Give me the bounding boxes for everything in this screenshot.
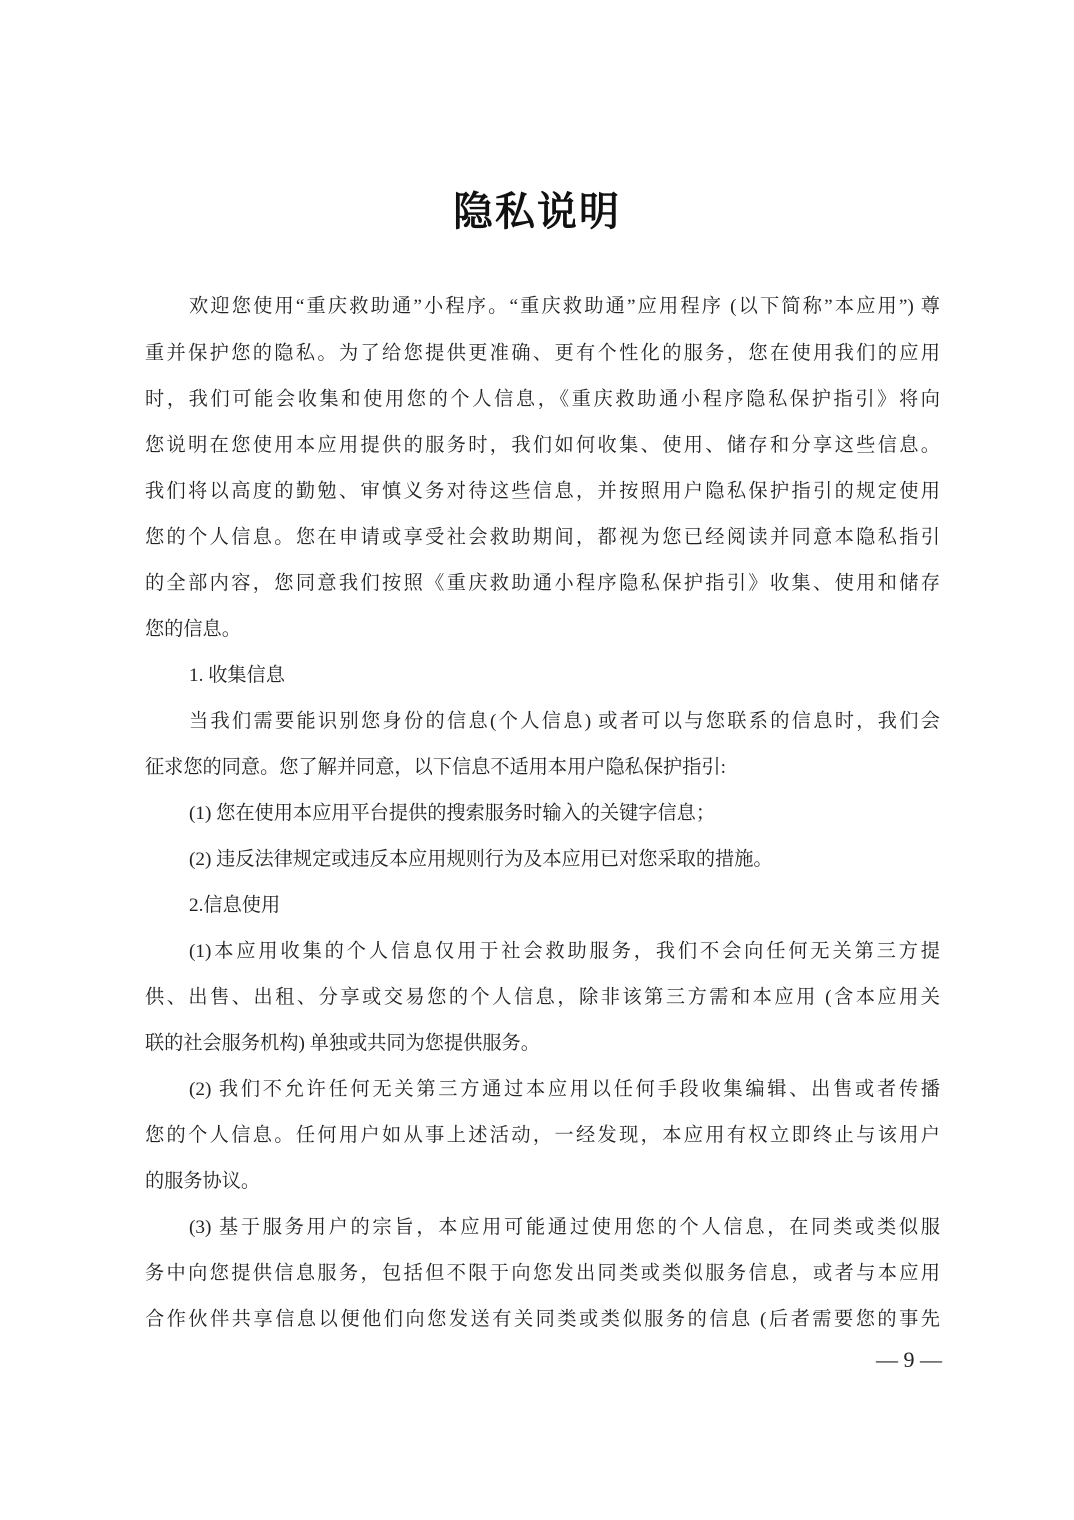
document-page: 隐私说明 欢迎您使用“重庆救助通”小程序。“重庆救助通”应用程序 (以下简称”本… bbox=[0, 0, 1074, 1520]
document-title: 隐私说明 bbox=[0, 184, 1074, 240]
paragraph-line: (1) 您在使用本应用平台提供的搜索服务时输入的关键字信息； bbox=[189, 794, 940, 834]
paragraph-line: 合作伙伴共享信息以便他们向您发送有关同类或类似服务的信息 (后者需要您的事先 bbox=[145, 1300, 940, 1340]
paragraph-line: (2) 违反法律规定或违反本应用规则行为及本应用已对您采取的措施。 bbox=[189, 840, 940, 880]
paragraph-line: 时，我们可能会收集和使用您的个人信息，《重庆救助通小程序隐私保护指引》将向 bbox=[145, 380, 940, 420]
paragraph-line: 的服务协议。 bbox=[145, 1162, 940, 1202]
page-number: — 9 — bbox=[860, 1340, 942, 1380]
paragraph-line: 务中向您提供信息服务，包括但不限于向您发出同类或类似服务信息，或者与本应用 bbox=[145, 1254, 940, 1294]
paragraph-line: 您说明在您使用本应用提供的服务时，我们如何收集、使用、储存和分享这些信息。 bbox=[145, 426, 940, 466]
paragraph-line: 欢迎您使用“重庆救助通”小程序。“重庆救助通”应用程序 (以下简称”本应用”) … bbox=[189, 287, 940, 327]
paragraph-line: 您的个人信息。任何用户如从事上述活动，一经发现，本应用有权立即终止与该用户 bbox=[145, 1116, 940, 1156]
paragraph-line: (3) 基于服务用户的宗旨，本应用可能通过使用您的个人信息，在同类或类似服 bbox=[189, 1208, 940, 1248]
paragraph-line: 联的社会服务机构) 单独或共同为您提供服务。 bbox=[145, 1024, 940, 1064]
paragraph-line: 我们将以高度的勤勉、审慎义务对待这些信息，并按照用户隐私保护指引的规定使用 bbox=[145, 472, 940, 512]
paragraph-line: 征求您的同意。您了解并同意，以下信息不适用本用户隐私保护指引: bbox=[145, 748, 940, 788]
paragraph-line: (2) 我们不允许任何无关第三方通过本应用以任何手段收集编辑、出售或者传播 bbox=[189, 1070, 940, 1110]
paragraph-line: 您的个人信息。您在申请或享受社会救助期间，都视为您已经阅读并同意本隐私指引 bbox=[145, 518, 940, 558]
paragraph-line: 1. 收集信息 bbox=[189, 656, 940, 696]
paragraph-line: 的全部内容，您同意我们按照《重庆救助通小程序隐私保护指引》收集、使用和储存 bbox=[145, 564, 940, 604]
paragraph-line: (1)本应用收集的个人信息仅用于社会救助服务，我们不会向任何无关第三方提 bbox=[189, 932, 940, 972]
paragraph-line: 重并保护您的隐私。为了给您提供更准确、更有个性化的服务，您在使用我们的应用 bbox=[145, 334, 940, 374]
paragraph-line: 您的信息。 bbox=[145, 610, 940, 650]
paragraph-line: 2.信息使用 bbox=[189, 886, 940, 926]
paragraph-line: 供、出售、出租、分享或交易您的个人信息，除非该第三方需和本应用 (含本应用关 bbox=[145, 978, 940, 1018]
paragraph-line: 当我们需要能识别您身份的信息(个人信息) 或者可以与您联系的信息时，我们会 bbox=[189, 702, 940, 742]
